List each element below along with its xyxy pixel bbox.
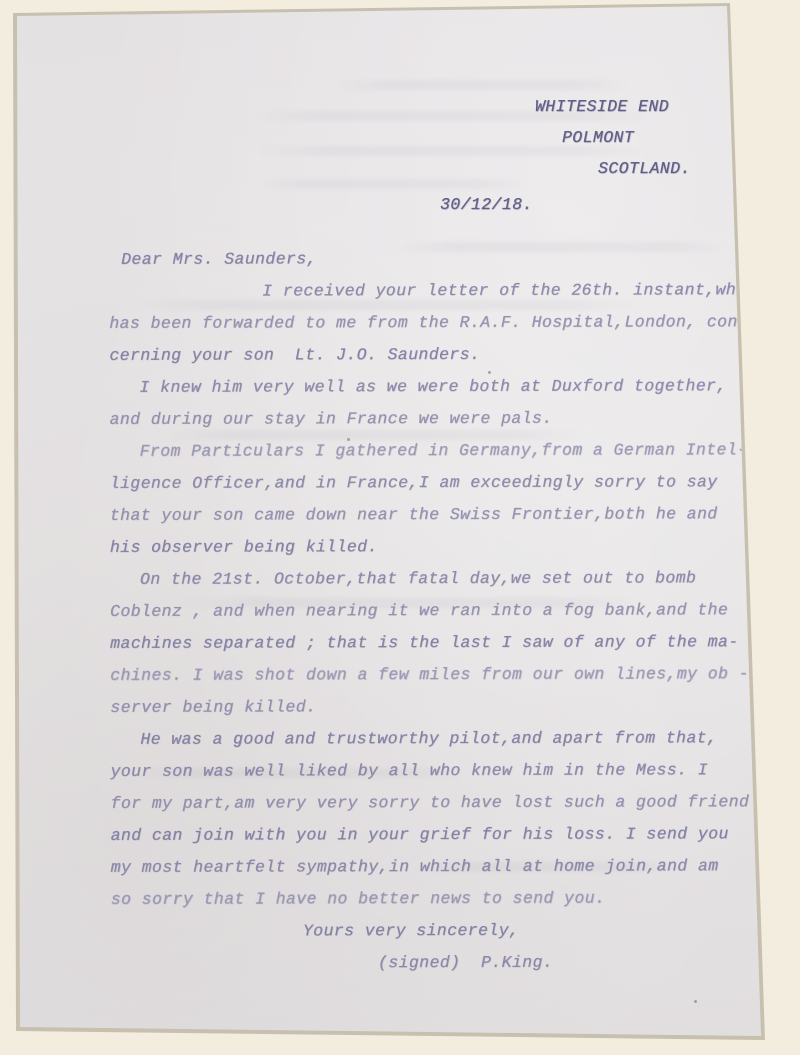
letter-line: machines separated ; that is the last I … [110, 626, 770, 660]
scanned-letter-canvas: WHITESIDE END POLMONT SCOTLAND. 30/12/18… [0, 0, 800, 1055]
letter-line: server being killed. [110, 690, 770, 724]
paper-speck [694, 1000, 697, 1003]
letter-date: 30/12/18. [440, 195, 533, 214]
letter-page: WHITESIDE END POLMONT SCOTLAND. 30/12/18… [0, 0, 800, 1055]
letter-body: Dear Mrs. Saunders, I received your lett… [109, 242, 771, 980]
letterhead-line: WHITESIDE END [535, 97, 669, 116]
letter-line: Coblenz , and when nearing it we ran int… [110, 594, 770, 628]
letter-line: and can join with you in your grief for … [111, 818, 771, 852]
letter-line: has been forwarded to me from the R.A.F.… [109, 306, 769, 340]
letter-line: your son was well liked by all who knew … [110, 754, 770, 788]
signature: (signed) P.King. [111, 946, 771, 980]
letter-line: I knew him very well as we were both at … [109, 370, 769, 404]
bleed-through-mark [255, 146, 645, 156]
letter-line: his observer being killed. [110, 530, 770, 564]
letter-line: ligence Officer,and in France,I am excee… [110, 466, 770, 500]
letter-line: and during our stay in France we were pa… [109, 402, 769, 436]
letter-line: my most heartfelt sympathy,in which all … [111, 850, 771, 884]
letter-line: He was a good and trustworthy pilot,and … [110, 722, 770, 756]
letter-line: for my part,am very very sorry to have l… [110, 786, 770, 820]
closing: Yours very sincerely, [111, 914, 771, 948]
letter-line: From Particulars I gathered in Germany,f… [110, 434, 770, 468]
bleed-through-mark [258, 179, 526, 189]
letter-line: chines. I was shot down a few miles from… [110, 658, 770, 692]
bleed-through-mark [335, 80, 630, 90]
letter-line: that your son came down near the Swiss F… [110, 498, 770, 532]
salutation: Dear Mrs. Saunders, [109, 242, 769, 276]
letter-line: so sorry that I have no better news to s… [111, 882, 771, 916]
letter-line: I received your letter of the 26th. inst… [109, 274, 769, 308]
letter-line: cerning your son Lt. J.O. Saunders. [109, 338, 769, 372]
letter-line: On the 21st. October,that fatal day,we s… [110, 562, 770, 596]
letterhead-line: POLMONT [562, 128, 634, 147]
letterhead-line: SCOTLAND. [598, 159, 691, 178]
